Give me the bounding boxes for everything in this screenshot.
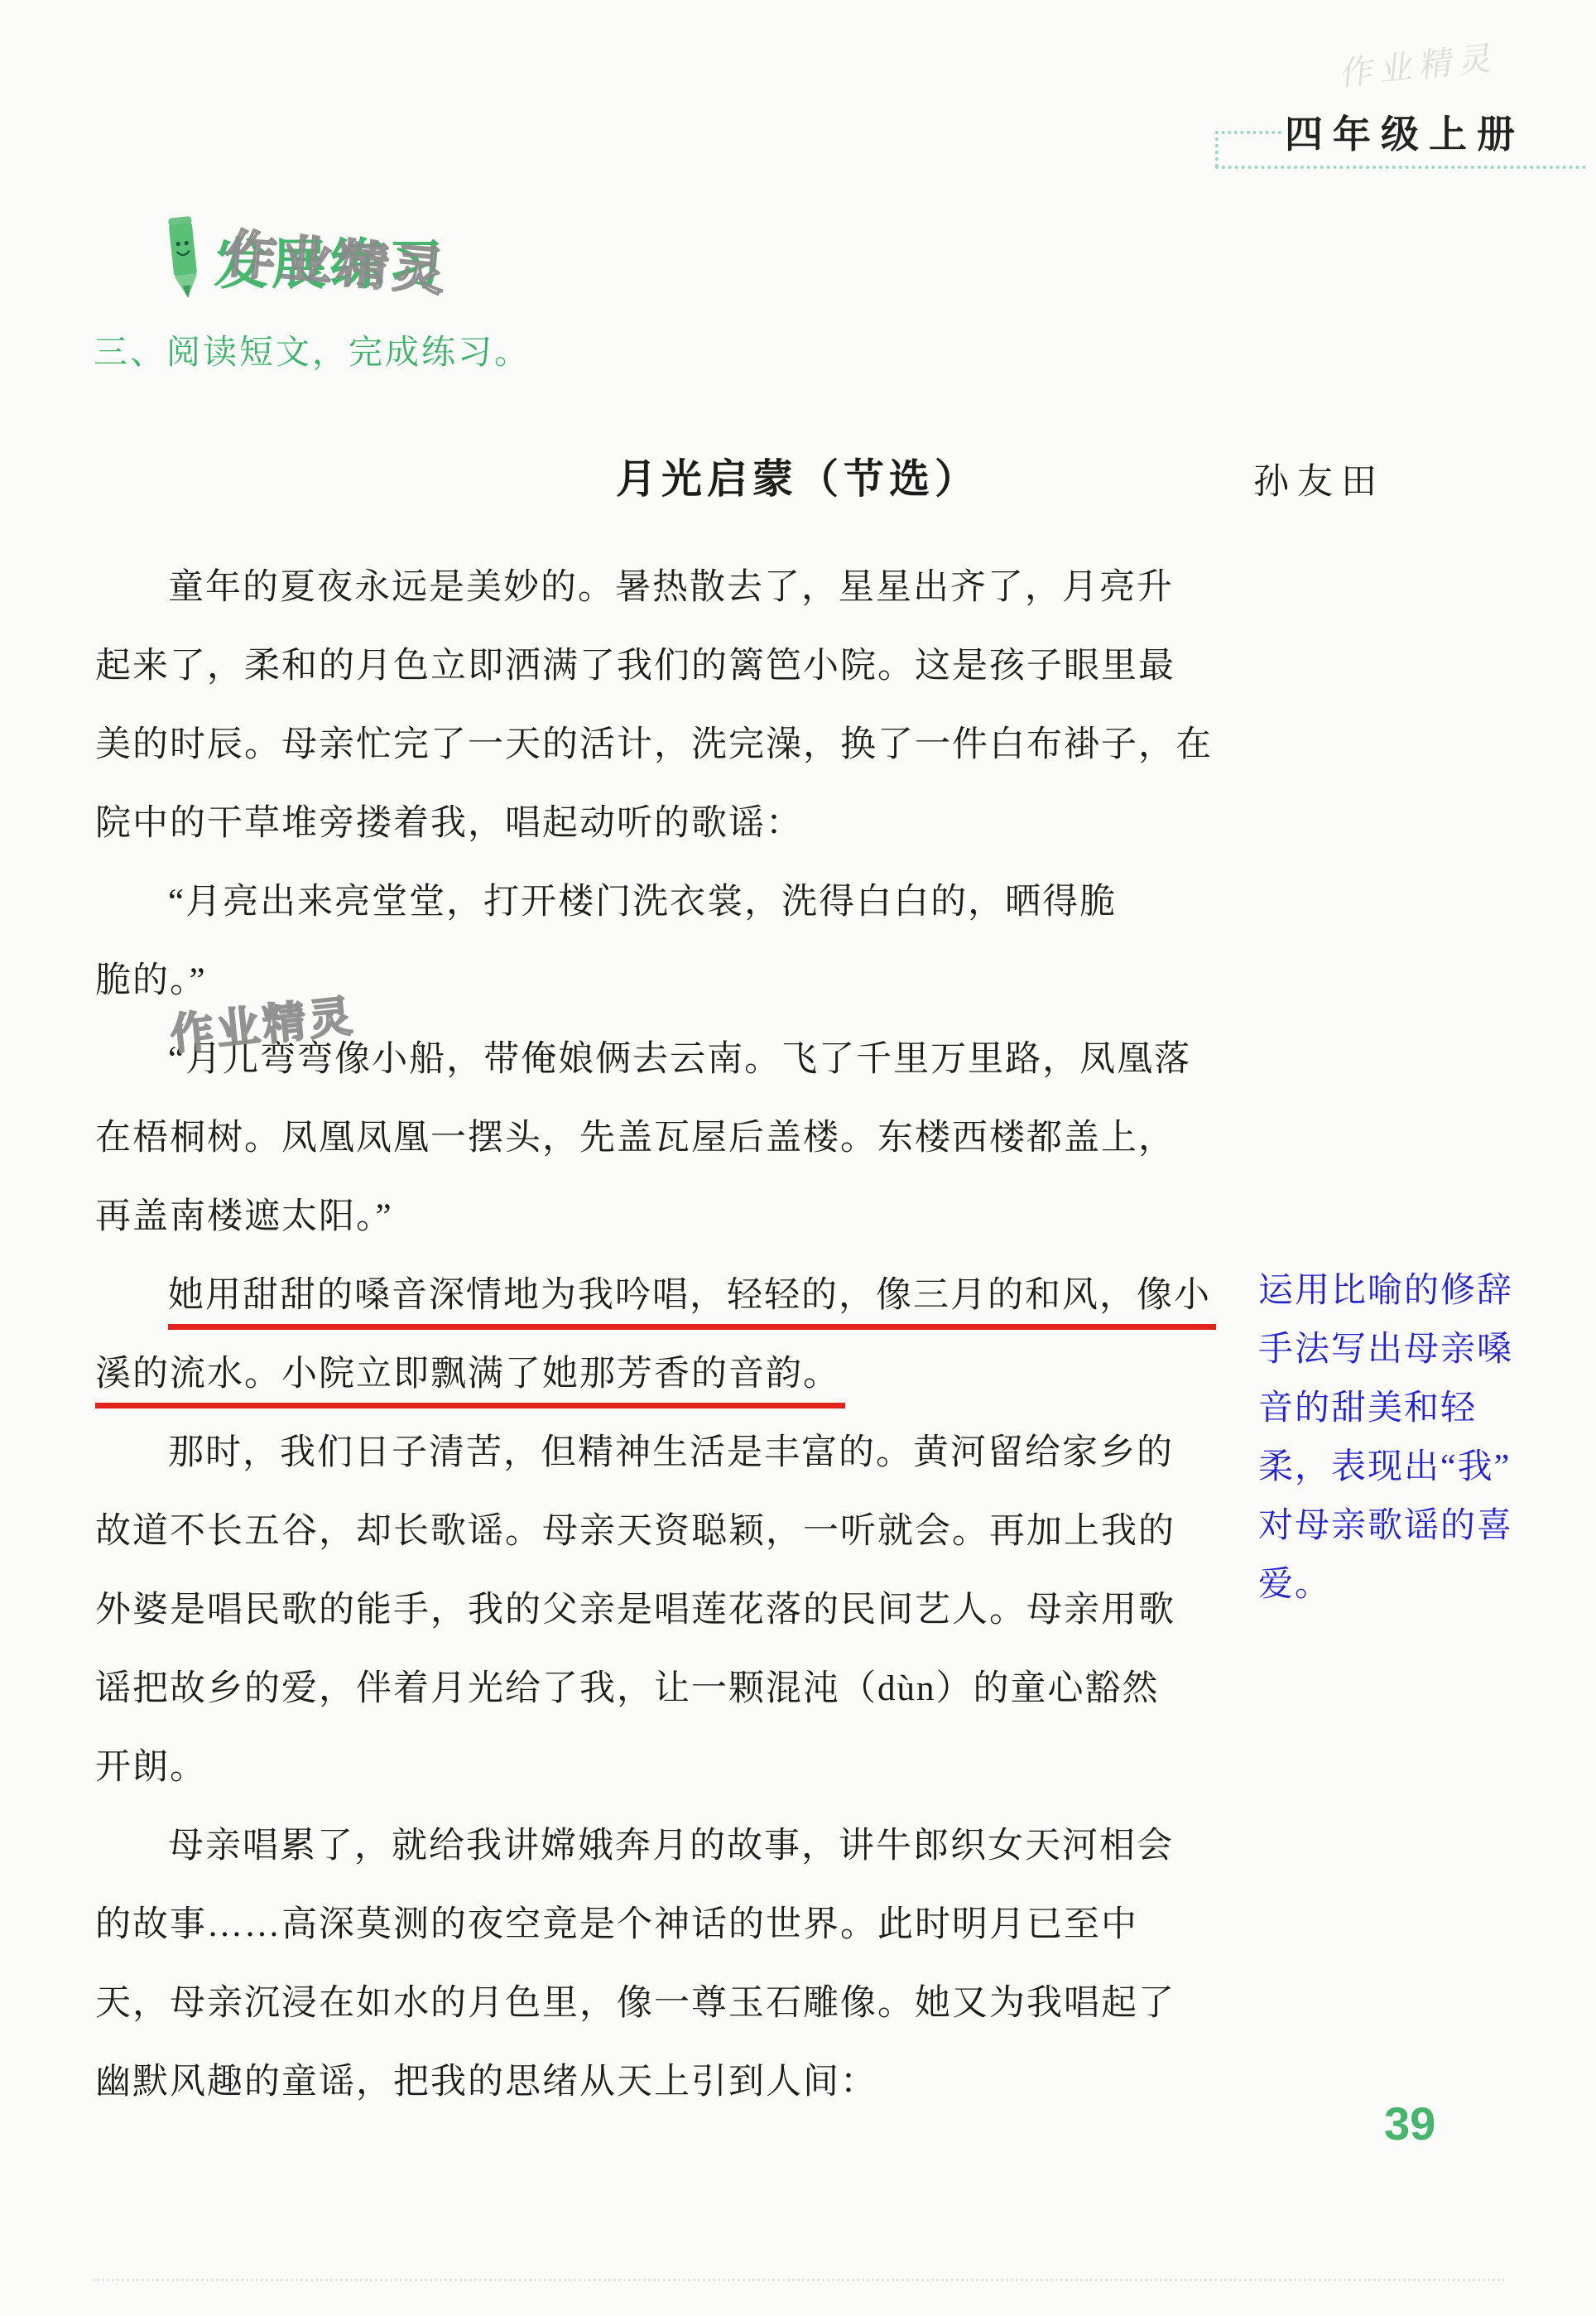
body-line: 开朗。 <box>95 1728 1252 1807</box>
page-number: 39 <box>1384 2097 1435 2150</box>
body-text: 起来了，柔和的月色立即洒满了我们的篱笆小院。这是孩子眼里最 <box>95 647 1175 686</box>
body-line: 母亲唱累了，就给我讲嫦娥奔月的故事，讲牛郎织女天河相会 <box>95 1807 1252 1885</box>
body-line: 溪的流水。小院立即飘满了她那芳香的音韵。 <box>95 1335 1252 1413</box>
body-line: 她用甜甜的嗓音深情地为我吟唱，轻轻的，像三月的和风，像小 <box>95 1256 1252 1335</box>
grade-box-border-left <box>1215 131 1219 167</box>
article-body: 童年的夏夜永远是美妙的。暑热散去了，星星出齐了，月亮升起来了，柔和的月色立即洒满… <box>95 548 1252 2121</box>
underlined-body-text: 溪的流水。小院立即飘满了她那芳香的音韵。 <box>95 1355 845 1408</box>
body-text: 母亲唱累了，就给我讲嫦娥奔月的故事，讲牛郎织女天河相会 <box>168 1827 1174 1866</box>
body-line: 童年的夏夜永远是美妙的。暑热散去了，星星出齐了，月亮升 <box>95 548 1252 627</box>
body-text: 再盖南楼遮太阳。” <box>95 1197 393 1236</box>
body-text: 美的时辰。母亲忙完了一天的活计，洗完澡，换了一件白布褂子，在 <box>95 725 1213 764</box>
body-text: 外婆是唱民歌的能手，我的父亲是唱莲花落的民间艺人。母亲用歌 <box>95 1591 1175 1630</box>
grade-box-border-top <box>1215 131 1281 134</box>
pencil-mascot-icon <box>161 212 207 303</box>
body-line: 谣把故乡的爱，伴着月光给了我，让一颗混沌（dùn）的童心豁然 <box>95 1649 1252 1728</box>
body-text: 那时，我们日子清苦，但精神生活是丰富的。黄河留给家乡的 <box>168 1433 1174 1472</box>
top-watermark: 作业精灵 <box>1339 31 1502 95</box>
grade-box-border-bottom <box>1215 166 1586 169</box>
body-line: “月亮出来亮堂堂，打开楼门洗衣裳，洗得白白的，晒得脆 <box>95 863 1252 941</box>
body-text: 在梧桐树。凤凰凤凰一摆头，先盖瓦屋后盖楼。东楼西楼都盖上， <box>95 1119 1175 1158</box>
body-text: “月亮出来亮堂堂，打开楼门洗衣裳，洗得白白的，晒得脆 <box>168 883 1117 922</box>
underlined-body-text: 她用甜甜的嗓音深情地为我吟唱，轻轻的，像三月的和风，像小 <box>168 1276 1216 1330</box>
exercise-heading: 三、阅读短文，完成练习。 <box>94 325 531 373</box>
body-text: 童年的夏夜永远是美妙的。暑热散去了，星星出齐了，月亮升 <box>168 568 1174 607</box>
annotation-line: 爱。 <box>1258 1556 1513 1615</box>
body-line: 外婆是唱民歌的能手，我的父亲是唱莲花落的民间艺人。母亲用歌 <box>95 1571 1252 1649</box>
body-text: 谣把故乡的爱，伴着月光给了我，让一颗混沌（dùn）的童心豁然 <box>95 1669 1160 1708</box>
body-line: 幽默风趣的童谣，把我的思绪从天上引到人间： <box>95 2043 1252 2121</box>
body-line: 故道不长五谷，却长歌谣。母亲天资聪颖，一听就会。再加上我的 <box>95 1492 1252 1571</box>
body-text: 幽默风趣的童谣，把我的思绪从天上引到人间： <box>95 2063 877 2102</box>
article-author: 孙友田 <box>1253 454 1385 504</box>
annotation-note: 运用比喻的修辞手法写出母亲嗓音的甜美和轻柔，表现出“我”对母亲歌谣的喜爱。 <box>1258 1262 1513 1615</box>
body-line: 美的时辰。母亲忙完了一天的活计，洗完澡，换了一件白布褂子，在 <box>95 705 1252 784</box>
grade-label: 四年级上册 <box>1285 104 1525 159</box>
annotation-line: 对母亲歌谣的喜 <box>1258 1497 1513 1556</box>
annotation-line: 运用比喻的修辞 <box>1258 1262 1513 1321</box>
body-text: 开朗。 <box>95 1748 207 1787</box>
body-line: 天，母亲沉浸在如水的月色里，像一尊玉石雕像。她又为我唱起了 <box>95 1964 1252 2043</box>
body-line: 的故事……高深莫测的夜空竟是个神话的世界。此时明月已至中 <box>95 1885 1252 1964</box>
body-text: 故道不长五谷，却长歌谣。母亲天资聪颖，一听就会。再加上我的 <box>95 1512 1175 1551</box>
annotation-line: 柔，表现出“我” <box>1258 1438 1513 1497</box>
workbook-page: { "colors": { "header_green": "#47b56d",… <box>0 0 1596 2316</box>
body-line: 院中的干草堆旁搂着我，唱起动听的歌谣： <box>95 784 1252 863</box>
footer-dotted-line <box>93 2279 1504 2281</box>
body-line: 再盖南楼遮太阳。” <box>95 1177 1252 1256</box>
body-line: 起来了，柔和的月色立即洒满了我们的篱笆小院。这是孩子眼里最 <box>95 627 1252 705</box>
annotation-line: 音的甜美和轻 <box>1258 1379 1513 1438</box>
body-line: 那时，我们日子清苦，但精神生活是丰富的。黄河留给家乡的 <box>95 1413 1252 1492</box>
body-text: 脆的。” <box>95 961 207 1000</box>
body-text: 院中的干草堆旁搂着我，唱起动听的歌谣： <box>95 804 803 843</box>
body-line: 在梧桐树。凤凰凤凰一摆头，先盖瓦屋后盖楼。东楼西楼都盖上， <box>95 1099 1252 1177</box>
annotation-line: 手法写出母亲嗓 <box>1258 1321 1513 1379</box>
body-text: 天，母亲沉浸在如水的月色里，像一尊玉石雕像。她又为我唱起了 <box>95 1984 1175 2023</box>
body-text: 的故事……高深莫测的夜空竟是个神话的世界。此时明月已至中 <box>95 1905 1138 1944</box>
